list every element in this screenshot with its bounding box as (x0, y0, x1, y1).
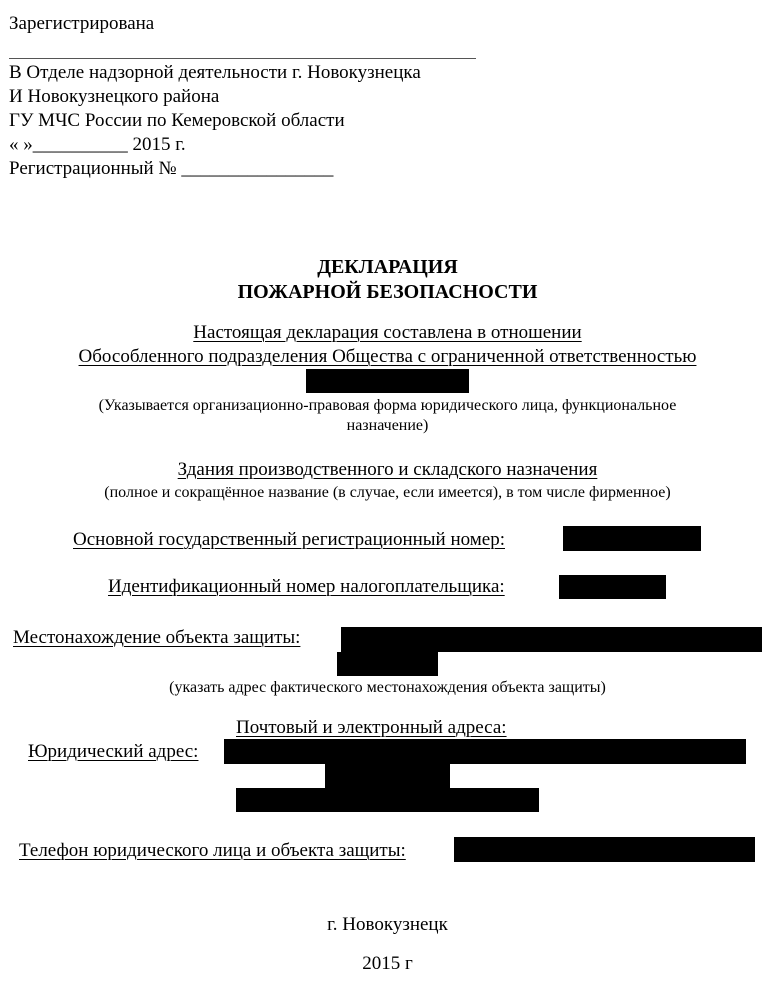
ogrn-label: Основной государственный регистрационный… (73, 528, 505, 552)
registration-number: Регистрационный № ________________ (9, 158, 333, 180)
registration-date: « »__________ 2015 г. (9, 134, 186, 156)
subject-line-2: Обособленного подразделения Общества с о… (0, 345, 775, 369)
redacted-legal-address-line-2 (325, 763, 450, 788)
footer-year: 2015 г (0, 952, 775, 976)
redacted-location-line-1 (341, 627, 762, 652)
subject-line-1: Настоящая декларация составлена в отноше… (0, 321, 775, 345)
location-hint: (указать адрес фактического местонахожде… (0, 678, 775, 698)
inn-label: Идентификационный номер налогоплательщик… (108, 575, 505, 599)
redacted-phone (454, 837, 755, 862)
registration-signature-line (9, 58, 476, 59)
redacted-legal-address-line-1 (224, 739, 746, 764)
redacted-location-line-2 (337, 652, 438, 676)
building-name: Здания производственного и складского на… (0, 458, 775, 482)
redacted-ogrn (563, 526, 701, 551)
redacted-organization-name (306, 369, 469, 393)
department-line-2: И Новокузнецкого района (9, 86, 219, 108)
postal-heading: Почтовый и электронный адреса: (236, 716, 507, 740)
location-label: Местонахождение объекта защиты: (13, 626, 300, 650)
phone-label: Телефон юридического лица и объекта защи… (19, 839, 406, 863)
redacted-inn (559, 575, 666, 599)
redacted-legal-address-line-3 (236, 788, 539, 812)
subject-hint-line-2: назначение) (0, 416, 775, 436)
subject-hint-line-1: (Указывается организационно-правовая фор… (0, 396, 775, 416)
department-line-1: В Отделе надзорной деятельности г. Новок… (9, 62, 421, 84)
registered-label: Зарегистрирована (9, 13, 154, 35)
document-title-line-1: ДЕКЛАРАЦИЯ (0, 255, 775, 280)
legal-address-label: Юридический адрес: (28, 740, 198, 764)
document-title-line-2: ПОЖАРНОЙ БЕЗОПАСНОСТИ (0, 280, 775, 305)
department-line-3: ГУ МЧС России по Кемеровской области (9, 110, 345, 132)
footer-city: г. Новокузнецк (0, 913, 775, 937)
building-hint: (полное и сокращённое название (в случае… (0, 483, 775, 503)
